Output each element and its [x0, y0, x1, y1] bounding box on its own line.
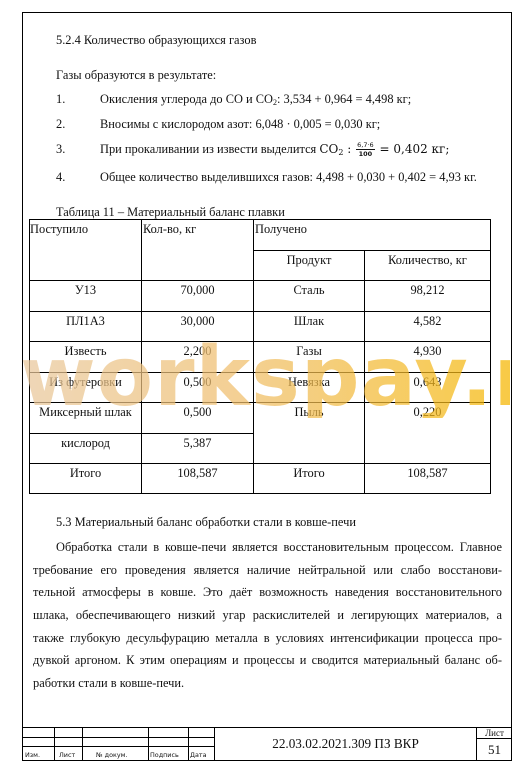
list-number: 1.	[56, 92, 100, 106]
table-cell: 0,643	[365, 375, 490, 389]
list-item: 1.Окисления углерода до СО и СО2: 3,534 …	[56, 92, 411, 110]
list-item: 2.Вносимы с кислородом азот: 6,048 · 0,0…	[56, 117, 380, 131]
co2-formula: CO2 : 6,7·6100 = 0,402 кг;	[319, 142, 449, 156]
paragraph-line: также глубокую десульфурацию металла в у…	[33, 627, 502, 650]
section-heading-5-2-4: 5.2.4 Количество образующихся газов	[56, 33, 256, 47]
table-caption: Таблица 11 – Материальный баланс плавки	[56, 205, 285, 219]
list-number: 3.	[56, 142, 100, 156]
table-cell: 0,500	[142, 375, 253, 389]
table-cell: Сталь	[254, 283, 364, 297]
header-product: Продукт	[254, 253, 364, 267]
paragraph-line: тельной атмосферы в ковше. Это даёт возм…	[33, 581, 502, 604]
stamp-label-doc-number: № докум.	[96, 751, 128, 759]
total-value-in: 108,587	[142, 466, 253, 480]
fraction: 6,7·6100	[356, 141, 375, 158]
stamp-label-list: Лист	[59, 751, 75, 759]
table-cell: Газы	[254, 344, 364, 358]
total-label-out: Итого	[254, 466, 364, 480]
table-cell: 4,930	[365, 344, 490, 358]
section-5-3-paragraph: Обработка стали в ковше-печи является во…	[56, 536, 502, 695]
list-item: 3.При прокаливании из извести выделится …	[56, 141, 449, 160]
table-cell: 2,200	[142, 344, 253, 358]
table-cell: 98,212	[365, 283, 490, 297]
table-cell: У13	[30, 283, 141, 297]
table-cell: Известь	[30, 344, 141, 358]
header-amount: Кол-во, кг	[143, 222, 196, 236]
header-received: Получено	[255, 222, 307, 236]
table-cell: ПЛ1А3	[30, 314, 141, 328]
document-code: 22.03.02.2021.309 ПЗ ВКР	[215, 736, 476, 751]
sheet-number: 51	[477, 742, 512, 757]
table-cell: Невязка	[254, 375, 364, 389]
paragraph-line: Обработка стали в ковше-печи является во…	[56, 536, 502, 559]
paragraph-line: дувкой аргоном. К этим операциям и проце…	[33, 649, 502, 672]
gases-intro: Газы образуются в результате:	[56, 68, 216, 82]
stamp-label-signature: Подпись	[150, 751, 179, 759]
table-cell: 5,387	[142, 436, 253, 450]
material-balance-table: Поступило Кол-во, кг Получено Продукт Ко…	[29, 219, 491, 494]
paragraph-line: требование его проведения является налич…	[33, 559, 502, 582]
table-cell: 30,000	[142, 314, 253, 328]
table-cell: 70,000	[142, 283, 253, 297]
total-value-out: 108,587	[365, 466, 490, 480]
table-cell: Миксерный шлак	[30, 405, 141, 419]
table-cell: Из футеровки	[30, 375, 141, 389]
table-cell: 0,500	[142, 405, 253, 419]
table-cell: 0,220	[365, 405, 490, 419]
sheet-label: Лист	[477, 728, 512, 738]
stamp-label-date: Дата	[190, 751, 207, 759]
table-cell: 4,582	[365, 314, 490, 328]
list-item: 4.Общее количество выделившихся газов: 4…	[56, 170, 477, 184]
table-cell: кислород	[30, 436, 141, 450]
header-incoming: Поступило	[30, 222, 88, 236]
total-label-in: Итого	[30, 466, 141, 480]
list-number: 2.	[56, 117, 100, 131]
table-cell: Пыль	[254, 405, 364, 419]
section-heading-5-3: 5.3 Материальный баланс обработки стали …	[56, 515, 356, 529]
header-quantity: Количество, кг	[365, 253, 490, 267]
table-cell: Шлак	[254, 314, 364, 328]
paragraph-line: шлака, обеспечивающего низкий угар раски…	[33, 604, 502, 627]
paragraph-line: работки стали в ковше-печи.	[33, 672, 502, 695]
stamp-label-izm: Изм.	[25, 751, 40, 759]
list-number: 4.	[56, 170, 100, 184]
